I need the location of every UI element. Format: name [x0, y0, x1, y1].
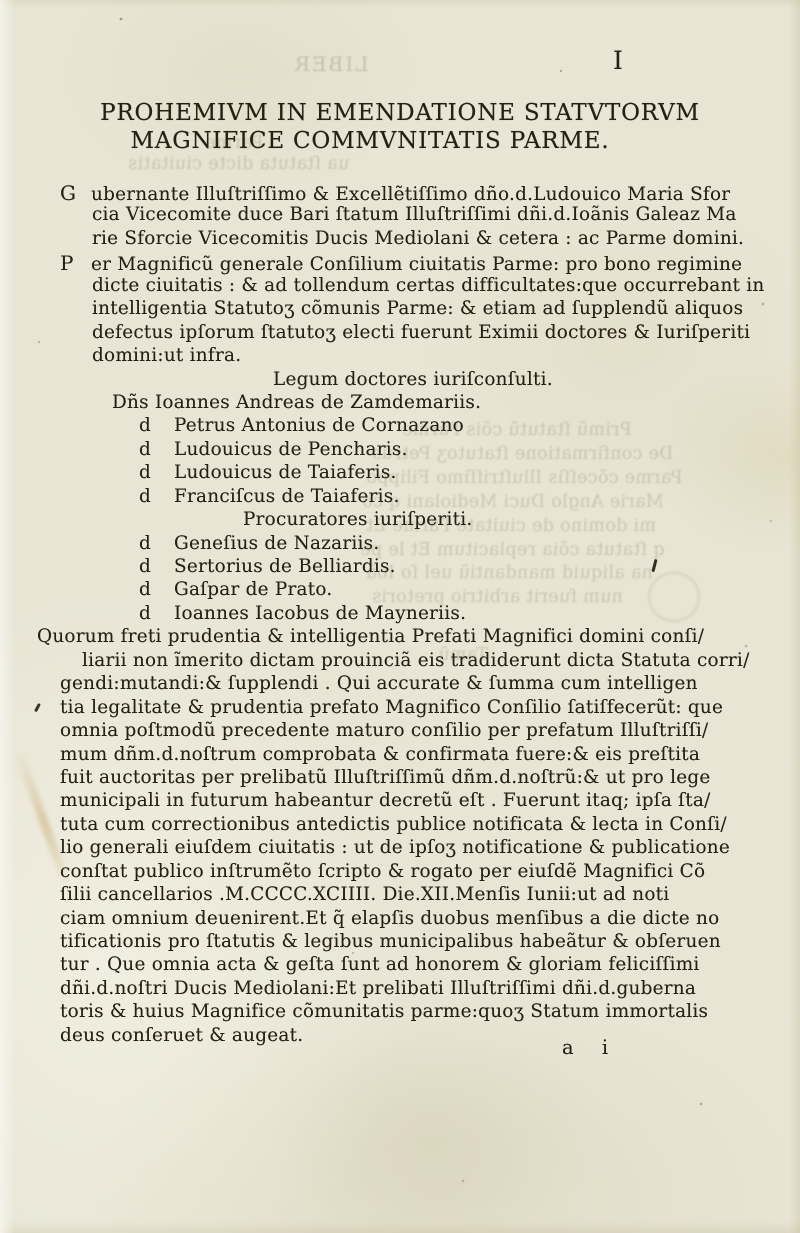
paragraph-line: conſtat publico inſtrumẽto ſcripto & rog…: [60, 861, 752, 884]
paragraph-line: tur . Que omnia acta & geſta ſunt ad hon…: [60, 954, 752, 977]
paragraph-line: lio generali eiuſdem ciuitatis : ut de i…: [60, 837, 752, 860]
paragraph-line: cia Vicecomite duce Bari ſtatum Illuſtri…: [60, 204, 752, 227]
paragraph-line: Quorum freti prudentia & intelligentia P…: [37, 626, 752, 649]
list-item: dPetrus Antonius de Cornazano: [60, 415, 752, 438]
title-line-2: MAGNIFICE COMMVNITATIS PARME.: [25, 128, 715, 156]
paragraph-line: omnia poſtmodũ precedente maturo conſili…: [60, 720, 752, 743]
paragraph-line: intelligentia Statutoʒ cõmunis Parme: & …: [60, 298, 752, 321]
item-prefix: d: [139, 462, 174, 483]
list-item: Dñs Ioannes Andreas de Zamdemariis.: [60, 392, 752, 415]
folio-number: I: [613, 46, 623, 75]
paragraph-line: toris & huius Magnifice cõmunitatis parm…: [60, 1001, 752, 1024]
item-prefix: d: [139, 556, 174, 577]
initial-letter-p: P: [60, 251, 91, 275]
item-prefix: d: [139, 603, 174, 624]
item-prefix: d: [139, 579, 174, 600]
paragraph-line: Gubernante Illuſtriſſimo & Excellẽtiſſim…: [60, 181, 752, 204]
paragraph-line: defectus ipſorum ſtatutoʒ electi fuerunt…: [60, 322, 752, 345]
paragraph-line: tia legalitate & prudentia prefato Magni…: [60, 697, 752, 720]
list-item: dIoannes Iacobus de Mayneriis.: [60, 603, 752, 626]
paragraph-line: domini:ut infra.: [60, 345, 752, 368]
paragraph-line: fuit auctoritas per prelibatũ Illuſtriſſ…: [60, 767, 752, 790]
list-item: dSertorius de Belliardis.: [60, 556, 752, 579]
initial-letter-g: G: [60, 181, 91, 205]
paragraph-line: gendi:mutandi:& ſupplendi . Qui accurate…: [60, 673, 752, 696]
paragraph-line: mum dñm.d.noſtrum comprobata & confirmat…: [60, 744, 752, 767]
item-prefix: d: [139, 415, 174, 436]
paragraph-line: municipali in futurum habeantur decretũ …: [60, 790, 752, 813]
paper-specks: [0, 0, 2, 2]
signature-mark: a i: [562, 1036, 608, 1059]
item-prefix: d: [139, 439, 174, 460]
item-prefix: d: [139, 533, 174, 554]
text-column: Gubernante Illuſtriſſimo & Excellẽtiſſim…: [60, 181, 752, 1048]
bleedthrough-fragment: LIBER: [293, 52, 369, 76]
list-item: dLudouicus de Taiaferis.: [60, 462, 752, 485]
list-item: dLudouicus de Pencharis.: [60, 439, 752, 462]
paragraph-line: rie Sforcie Vicecomitis Ducis Mediolani …: [60, 228, 752, 251]
item-prefix: d: [139, 486, 174, 507]
paragraph-line: ſilii cancellarios .M.CCCC.XCIIII. Die.X…: [60, 884, 752, 907]
list-heading-doctors: Legum doctores iuriſconſulti.: [60, 369, 752, 392]
list-item: dGeneſius de Nazariis.: [60, 533, 752, 556]
paragraph-line: Per Magnificũ generale Conſilium ciuitat…: [60, 251, 752, 274]
list-heading-procurators: Procuratores iuriſperiti.: [60, 509, 752, 532]
paragraph-line: tuta cum correctionibus antedictis publi…: [60, 814, 752, 837]
bleedthrough-fragment: ua ſtatuta dicte ciuitatis: [128, 154, 349, 174]
list-item: dGaſpar de Prato.: [60, 579, 752, 602]
paragraph-line: deus conſeruet & augeat.: [60, 1025, 752, 1048]
paragraph-line: tificationis pro ſtatutis & legibus muni…: [60, 931, 752, 954]
paragraph-line: ciam omnium deuenirent.Et q̃ elapſis duo…: [60, 908, 752, 931]
paragraph-line: dicte ciuitatis : & ad tollendum certas …: [60, 275, 752, 298]
list-item: dFranciſcus de Taiaferis.: [60, 486, 752, 509]
paragraph-line: dñi.d.noſtri Ducis Mediolani:Et prelibat…: [60, 978, 752, 1001]
book-page-scan: { "page": { "folio": "I", "signature": "…: [0, 0, 800, 1233]
paragraph-line: liarii non ĩmerito dictam prouinciã eis …: [60, 650, 752, 673]
title-line-1: PROHEMIVM IN EMENDATIONE STATVTORVM: [100, 100, 700, 126]
page-title: PROHEMIVM IN EMENDATIONE STATVTORVM MAGN…: [55, 100, 745, 155]
